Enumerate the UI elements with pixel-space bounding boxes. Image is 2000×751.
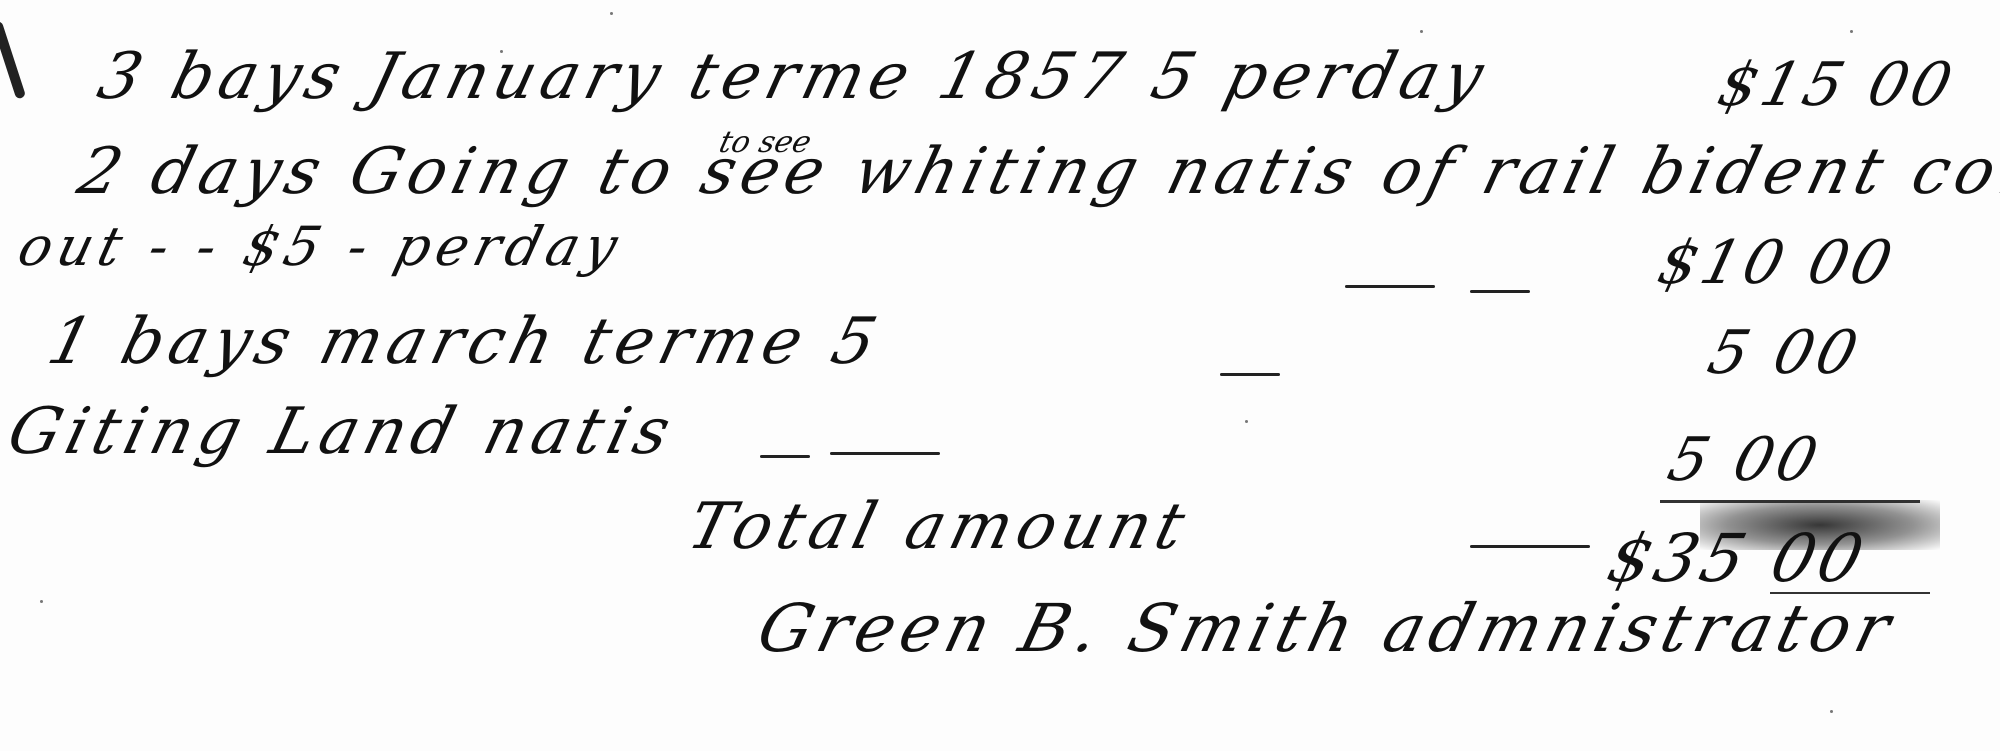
- scan-speck: [1830, 710, 1833, 713]
- entry-amount-4: 5 00: [1701, 318, 1868, 388]
- entry-amount-1: $15 00: [1711, 50, 1962, 120]
- signature-rule: [1770, 592, 1930, 594]
- scan-speck: [1245, 420, 1248, 423]
- scan-speck: [610, 12, 613, 15]
- leader-dash: [760, 455, 810, 458]
- scan-speck: [40, 600, 43, 603]
- entry-line-2: 2 days Going to see whiting natis of rai…: [71, 135, 2000, 209]
- entry-amount-3: $10 00: [1651, 228, 1902, 298]
- signature: Green B. Smith admnistrator: [750, 590, 1903, 667]
- entry-line-1: 3 bays January terme 1857 5 perday: [91, 40, 1497, 114]
- leader-dash: [1345, 285, 1435, 288]
- entry-line-5: Giting Land natis: [1, 395, 683, 469]
- leader-dash: [1470, 545, 1590, 548]
- total-label: Total amount: [681, 490, 1198, 564]
- scan-speck: [1420, 30, 1423, 33]
- document-page: 3 bays January terme 1857 5 perday $15 0…: [0, 0, 2000, 751]
- entry-amount-5: 5 00: [1661, 425, 1828, 495]
- leader-dash: [1220, 373, 1280, 376]
- total-amount: $35 00: [1600, 520, 1874, 597]
- entry-line-4: 1 bays march terme 5: [41, 305, 890, 379]
- scan-speck: [500, 50, 503, 53]
- leader-dash: [1470, 290, 1530, 293]
- scan-speck: [1850, 30, 1853, 33]
- entry-line-3: out - - $5 - perday: [12, 215, 630, 278]
- leader-dash: [830, 452, 940, 455]
- margin-ink-mark: [0, 20, 26, 99]
